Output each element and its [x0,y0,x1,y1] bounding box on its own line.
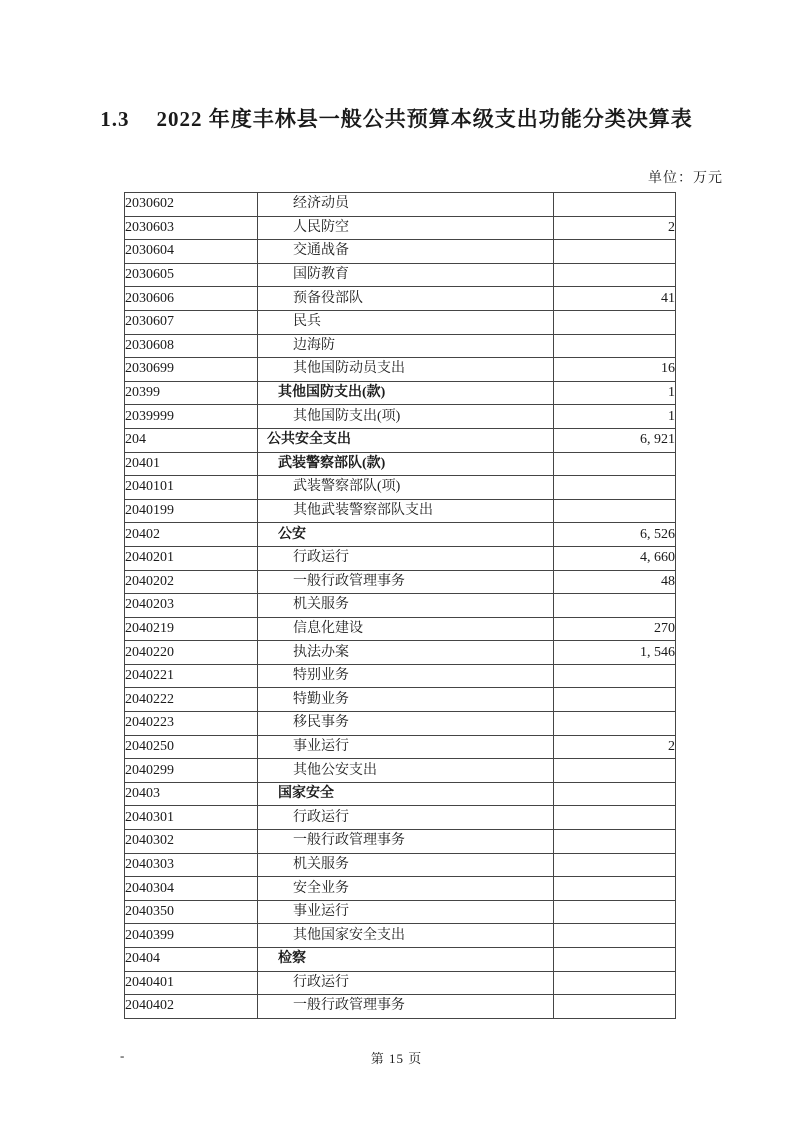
value-cell [554,971,676,995]
code-cell: 2039999 [125,405,258,429]
table-row: 2030608 边海防 [125,334,676,358]
code-cell: 20403 [125,782,258,806]
value-cell [554,334,676,358]
code-cell: 2040201 [125,546,258,570]
table-row: 2040250 事业运行 2 [125,735,676,759]
code-cell: 2040399 [125,924,258,948]
value-cell [554,924,676,948]
table-row: 20401 武装警察部队(款) [125,452,676,476]
table-row: 2040223 移民事务 [125,712,676,736]
value-cell: 48 [554,570,676,594]
table-row: 20402 公安 6, 526 [125,523,676,547]
code-cell: 20404 [125,948,258,972]
table-row: 2040219 信息化建设 270 [125,617,676,641]
code-cell: 2030608 [125,334,258,358]
code-cell: 2040199 [125,499,258,523]
value-cell [554,688,676,712]
table-row: 2030604 交通战备 [125,240,676,264]
value-cell [554,664,676,688]
name-cell: 国家安全 [258,782,554,806]
code-cell: 2030603 [125,216,258,240]
code-cell: 2040402 [125,995,258,1019]
name-cell: 移民事务 [258,712,554,736]
value-cell: 1, 546 [554,641,676,665]
name-cell: 行政运行 [258,971,554,995]
name-cell: 武装警察部队(款) [258,452,554,476]
table-row: 2040401 行政运行 [125,971,676,995]
code-cell: 2040301 [125,806,258,830]
page-title: 1.32022 年度丰林县一般公共预算本级支出功能分类决算表 [0,103,793,133]
value-cell: 16 [554,358,676,382]
footer-page-number: 第 15 页 [0,1048,793,1067]
name-cell: 行政运行 [258,546,554,570]
value-cell [554,877,676,901]
name-cell: 机关服务 [258,594,554,618]
name-cell: 特别业务 [258,664,554,688]
code-cell: 2030604 [125,240,258,264]
table-row: 2040199 其他武装警察部队支出 [125,499,676,523]
name-cell: 其他国防支出(款) [258,381,554,405]
table-row: 20399 其他国防支出(款) 1 [125,381,676,405]
table-row: 2030607 民兵 [125,310,676,334]
value-cell [554,806,676,830]
table-row: 2040350 事业运行 [125,900,676,924]
table-row: 2030603 人民防空 2 [125,216,676,240]
code-cell: 2040222 [125,688,258,712]
value-cell: 6, 921 [554,428,676,452]
name-cell: 一般行政管理事务 [258,995,554,1019]
name-cell: 其他国防动员支出 [258,358,554,382]
code-cell: 2040219 [125,617,258,641]
code-cell: 2030606 [125,287,258,311]
table-row: 2040302 一般行政管理事务 [125,830,676,854]
value-cell: 1 [554,405,676,429]
name-cell: 边海防 [258,334,554,358]
value-cell: 270 [554,617,676,641]
value-cell: 1 [554,381,676,405]
value-cell: 2 [554,735,676,759]
code-cell: 2040304 [125,877,258,901]
name-cell: 安全业务 [258,877,554,901]
code-cell: 2040223 [125,712,258,736]
budget-table: 2030602 经济动员 2030603 人民防空 2 2030604 交通战备… [124,192,676,1019]
value-cell: 41 [554,287,676,311]
code-cell: 2040203 [125,594,258,618]
code-cell: 204 [125,428,258,452]
value-cell: 2 [554,216,676,240]
value-cell [554,452,676,476]
value-cell [554,594,676,618]
table-row: 2039999 其他国防支出(项) 1 [125,405,676,429]
value-cell [554,310,676,334]
value-cell [554,995,676,1019]
value-cell: 6, 526 [554,523,676,547]
value-cell: 4, 660 [554,546,676,570]
table-row: 2040222 特勤业务 [125,688,676,712]
name-cell: 预备役部队 [258,287,554,311]
value-cell [554,476,676,500]
page-footer: - 第 15 页 [0,1048,793,1068]
table-row: 2040299 其他公安支出 [125,759,676,783]
document-page: 1.32022 年度丰林县一般公共预算本级支出功能分类决算表 单位：万元 203… [0,0,793,1122]
name-cell: 一般行政管理事务 [258,570,554,594]
code-cell: 2040350 [125,900,258,924]
table-row: 2040402 一般行政管理事务 [125,995,676,1019]
value-cell [554,759,676,783]
value-cell [554,948,676,972]
name-cell: 检察 [258,948,554,972]
table-row: 2040301 行政运行 [125,806,676,830]
code-cell: 2040303 [125,853,258,877]
table-row: 2040304 安全业务 [125,877,676,901]
table-row: 20404 检察 [125,948,676,972]
table-row: 2040220 执法办案 1, 546 [125,641,676,665]
name-cell: 其他武装警察部队支出 [258,499,554,523]
name-cell: 行政运行 [258,806,554,830]
name-cell: 其他国防支出(项) [258,405,554,429]
title-section-number: 1.3 [100,107,129,131]
name-cell: 机关服务 [258,853,554,877]
code-cell: 2040250 [125,735,258,759]
table-row: 2030606 预备役部队 41 [125,287,676,311]
table-row: 2040203 机关服务 [125,594,676,618]
table-row: 2040221 特别业务 [125,664,676,688]
name-cell: 一般行政管理事务 [258,830,554,854]
code-cell: 2030605 [125,263,258,287]
name-cell: 事业运行 [258,735,554,759]
table-row: 2040201 行政运行 4, 660 [125,546,676,570]
code-cell: 2030699 [125,358,258,382]
table-row: 2040399 其他国家安全支出 [125,924,676,948]
table-row: 20403 国家安全 [125,782,676,806]
name-cell: 武装警察部队(项) [258,476,554,500]
code-cell: 20402 [125,523,258,547]
table-row: 2040101 武装警察部队(项) [125,476,676,500]
value-cell [554,830,676,854]
name-cell: 交通战备 [258,240,554,264]
title-text: 2022 年度丰林县一般公共预算本级支出功能分类决算表 [157,107,693,131]
code-cell: 2040101 [125,476,258,500]
code-cell: 2030607 [125,310,258,334]
value-cell [554,853,676,877]
code-cell: 2030602 [125,193,258,217]
code-cell: 2040401 [125,971,258,995]
value-cell [554,782,676,806]
code-cell: 2040299 [125,759,258,783]
value-cell [554,900,676,924]
table-row: 2030602 经济动员 [125,193,676,217]
name-cell: 事业运行 [258,900,554,924]
budget-table-body: 2030602 经济动员 2030603 人民防空 2 2030604 交通战备… [125,193,676,1019]
name-cell: 其他国家安全支出 [258,924,554,948]
code-cell: 2040202 [125,570,258,594]
unit-label: 单位：万元 [648,167,723,187]
table-row: 2040303 机关服务 [125,853,676,877]
name-cell: 执法办案 [258,641,554,665]
value-cell [554,712,676,736]
table-row: 2030605 国防教育 [125,263,676,287]
code-cell: 20399 [125,381,258,405]
name-cell: 人民防空 [258,216,554,240]
code-cell: 2040302 [125,830,258,854]
name-cell: 特勤业务 [258,688,554,712]
name-cell: 经济动员 [258,193,554,217]
name-cell: 其他公安支出 [258,759,554,783]
name-cell: 信息化建设 [258,617,554,641]
value-cell [554,193,676,217]
name-cell: 公安 [258,523,554,547]
name-cell: 民兵 [258,310,554,334]
value-cell [554,499,676,523]
table-row: 204 公共安全支出 6, 921 [125,428,676,452]
code-cell: 2040220 [125,641,258,665]
value-cell [554,263,676,287]
name-cell: 国防教育 [258,263,554,287]
value-cell [554,240,676,264]
name-cell: 公共安全支出 [258,428,554,452]
table-row: 2040202 一般行政管理事务 48 [125,570,676,594]
code-cell: 20401 [125,452,258,476]
code-cell: 2040221 [125,664,258,688]
table-row: 2030699 其他国防动员支出 16 [125,358,676,382]
